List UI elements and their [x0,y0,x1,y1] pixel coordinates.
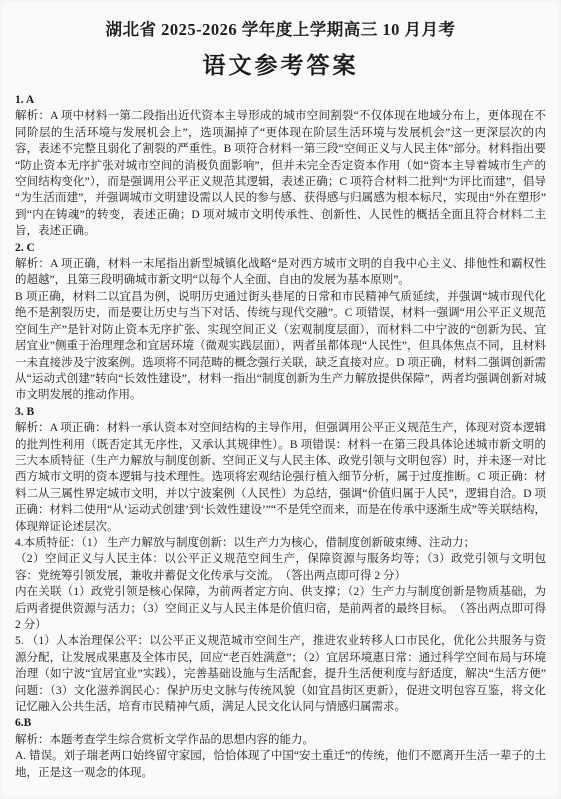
answer-paragraph: 解析：A 项正确，材料一末尾指出新型城镇化战略“是对西方城市文明的自我中心主义、… [15,256,546,289]
answer-paragraph: B 项正确，材料二以宜昌为例，说明历史通过街头巷尾的日常和市民精神气质延续，并强… [15,289,546,404]
answer-paragraph: （2）空间正义与人民主体：以公平正义规范空间生产，保障资源与服务均等；（3）政党… [15,551,546,584]
answer-number: 3. B [15,404,546,420]
answer-paragraph: 解析：A 项正确：材料一承认资本对空间结构的主导作用，但强调用公平正义规范生产，… [15,420,546,535]
answer-paragraph: 内在关联（1）政党引领是核心保障，为前两者定方向、供支撑；（2）生产力与制度创新… [15,584,546,633]
answer-section-4: 4.本质特征：（1） 生产力解放与制度创新：以生产力为核心，借制度创新破束缚、注… [15,535,546,633]
answer-section-6: 6.B 解析：本题考查学生综合赏析文学作品的思想内容的能力。 A. 错误。刘子瑞… [15,715,546,781]
answer-section-1: 1. A 解析：A 项中材料一第二段指出近代资本主导形成的城市空间割裂“不仅体现… [15,92,546,240]
answer-paragraph: 5. （1）人本治理保公平：以公平正义规范城市空间生产，推进农业转移人口市民化，… [15,633,546,715]
doc-title: 湖北省 2025-2026 学年度上学期高三 10 月月考 [15,16,546,40]
answer-paragraph: 4.本质特征：（1） 生产力解放与制度创新：以生产力为核心，借制度创新破束缚、注… [15,535,546,551]
answer-paragraph: 解析：本题考查学生综合赏析文学作品的思想内容的能力。 [15,732,546,748]
answer-section-2: 2. C 解析：A 项正确，材料一末尾指出新型城镇化战略“是对西方城市文明的自我… [15,240,546,404]
answer-paragraph: A. 错误。刘子瑞老两口始终留守家园，恰恰体现了中国“安土重迁”的传统，他们不愿… [15,748,546,781]
document-page: 湖北省 2025-2026 学年度上学期高三 10 月月考 语文参考答案 1. … [0,0,561,799]
answer-number: 1. A [15,92,546,108]
answer-paragraph: 解析：A 项中材料一第二段指出近代资本主导形成的城市空间割裂“不仅体现在地域分布… [15,108,546,239]
doc-subtitle: 语文参考答案 [15,47,546,80]
answer-section-3: 3. B 解析：A 项正确：材料一承认资本对空间结构的主导作用，但强调用公平正义… [15,404,546,535]
answer-key-body: 1. A 解析：A 项中材料一第二段指出近代资本主导形成的城市空间割裂“不仅体现… [15,92,546,781]
answer-number: 2. C [15,240,546,256]
answer-number: 6.B [15,715,546,731]
answer-section-5: 5. （1）人本治理保公平：以公平正义规范城市空间生产，推进农业转移人口市民化，… [15,633,546,715]
